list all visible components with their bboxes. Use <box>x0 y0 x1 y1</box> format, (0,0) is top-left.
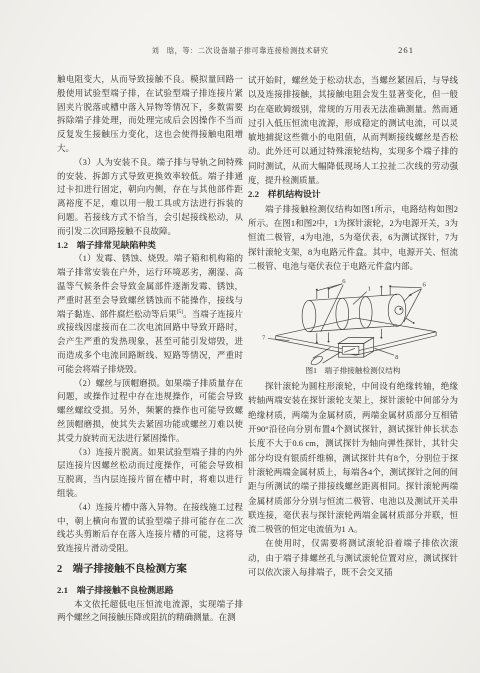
paper-page: 刘 晗，等：二次设备端子排可靠连接检测技术研究 261 触电阻变大，从而导致接触… <box>0 0 480 673</box>
handle <box>310 348 341 366</box>
circuit-element-box <box>338 338 373 358</box>
subsection-heading-2-2: 2.2 样机结构设计 <box>248 187 458 201</box>
page-header: 刘 晗，等：二次设备端子排可靠连接检测技术研究 261 <box>0 46 480 58</box>
figure-label-box: 8 <box>395 354 399 361</box>
figure-label-probes-right: 6 <box>422 282 426 289</box>
figure-label-roller: 1 <box>368 286 371 293</box>
left-column: 触电阻变大，从而导致接触不良。模拟量回路一般使用试验型端子排，在试验型端子排连接… <box>57 73 243 625</box>
paragraph-continuation: 试开始时，螺丝处于松动状态，当螺丝紧固后，与导线以及连接排接触，其接触电阻会发生… <box>248 73 458 187</box>
paragraph-defect-1: （1）发霉、锈蚀、烧毁。端子箱和机构箱的端子排常安装在户外，运行环境恶劣，潮湿、… <box>57 252 243 376</box>
paragraph-defect-4: （4）连接片槽中落入异物。在接线施工过程中，朝上横向布置的试验型端子排可能存在二… <box>57 501 243 556</box>
figure-label-bracket: 7 <box>262 335 266 342</box>
paragraph-install-defect: （3）人为安装不良。端子排与导轨之间特殊的安装、拆卸方式导致更换效率较低。端子排… <box>57 156 243 239</box>
figure-1-drawing: 6 1 6 7 8 <box>260 275 446 365</box>
right-column: 试开始时，螺丝处于松动状态，当螺丝紧固后，与导线以及连接排接触，其接触电阻会发生… <box>248 73 458 625</box>
page-number: 261 <box>398 45 414 55</box>
subsection-heading-1-2: 1.2 端子排常见缺陷种类 <box>57 239 243 253</box>
paragraph-continuation: 触电阻变大，从而导致接触不良。模拟量回路一般使用试验型端子排，在试验型端子排连接… <box>57 73 243 156</box>
section-heading-2: 2 端子排接触不良检测方案 <box>57 562 243 577</box>
figure-label-probes-left: 6 <box>342 278 346 285</box>
paragraph-usage: 在使用时，仅需要将测试滚轮沿着端子排依次滚动，由于端子排螺丝孔与测试滚轮位置对应… <box>248 536 458 579</box>
paragraph-structure: 端子排接触检测仪结构如图1所示，电路结构如图2所示。在图1和图2中，1为探针滚轮… <box>248 202 458 273</box>
two-column-body: 触电阻变大，从而导致接触不良。模拟量回路一般使用试验型端子排，在试验型端子排连接… <box>57 73 458 625</box>
paragraph-roller-detail: 探针滚轮为圆柱形滚轮，中间设有绝缘转轴，绝缘转轴两端安装在探针滚轮支架上，探针滚… <box>248 379 458 536</box>
paragraph-detection-idea: 本文依托超低电压恒流电流源，实现端子排两个螺丝之间接触压降或阻抗的精确测量。在测 <box>57 598 243 626</box>
paragraph-defect-3: （3）连接片脱离。如果试验型端子排的内外层连接片因螺丝松动而过度操作，可能会导致… <box>57 446 243 501</box>
figure-1: 6 1 6 7 8 图1 端子排接触检测仪结构 <box>248 275 458 376</box>
figure-1-caption: 图1 端子排接触检测仪结构 <box>248 365 458 376</box>
paragraph-defect-2: （2）螺丝与顶帽磨损。如果端子排质量存在问题，或操作过程中存在违规操作，可能会导… <box>57 377 243 446</box>
subsection-heading-2-1: 2.1 端子排接触不良检测思路 <box>57 584 243 598</box>
